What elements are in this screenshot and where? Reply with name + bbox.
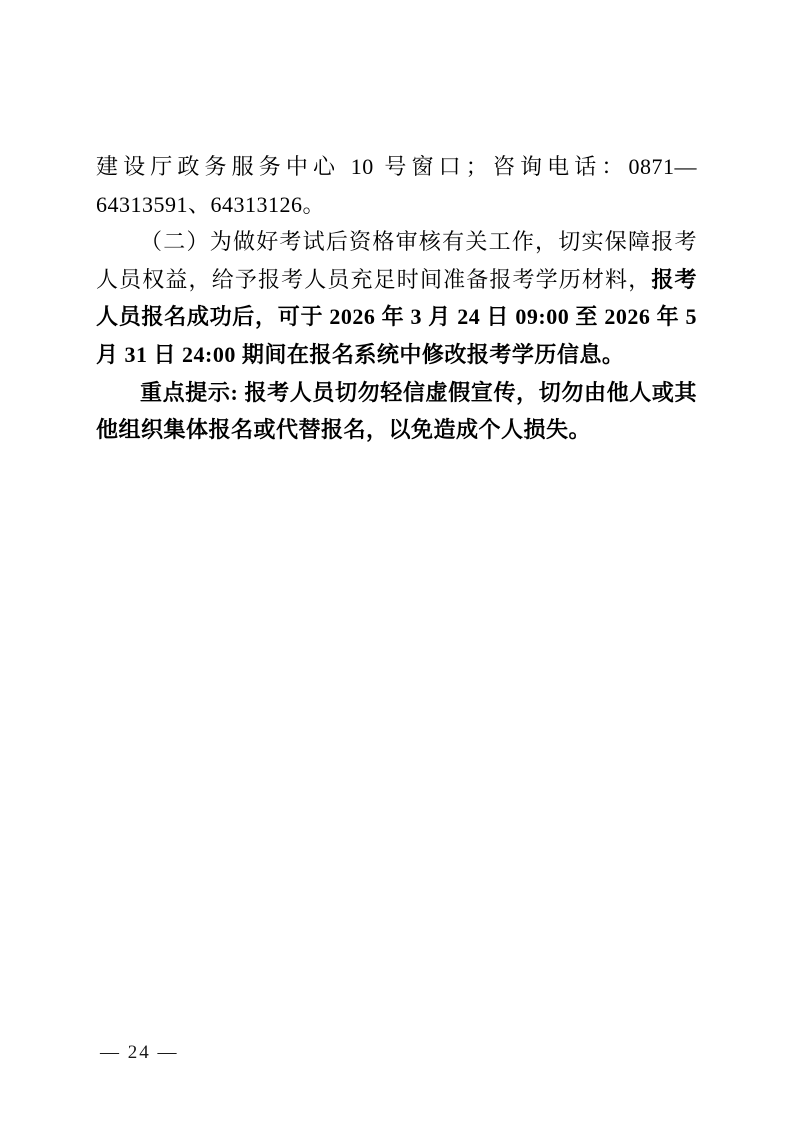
paragraph-key-reminder: 重点提示: 报考人员切勿轻信虚假宣传，切勿由他人或其他组织集体报名或代替报名，以… [96,374,697,449]
document-body: 建设厅政务服务中心 10 号窗口；咨询电话：0871—64313591、6431… [96,148,697,449]
paragraph-item-two: （二）为做好考试后资格审核有关工作，切实保障报考人员权益，给予报考人员充足时间准… [96,223,697,373]
document-page: 建设厅政务服务中心 10 号窗口；咨询电话：0871—64313591、6431… [0,0,794,1123]
paragraph-text-bold: 重点提示: 报考人员切勿轻信虚假宣传，切勿由他人或其他组织集体报名或代替报名，以… [96,380,697,443]
paragraph-contact-info: 建设厅政务服务中心 10 号窗口；咨询电话：0871—64313591、6431… [96,148,697,223]
page-number: — 24 — [100,1042,179,1064]
paragraph-text: （二）为做好考试后资格审核有关工作，切实保障报考人员权益，给予报考人员充足时间准… [96,229,697,292]
paragraph-text: 建设厅政务服务中心 10 号窗口；咨询电话：0871—64313591、6431… [96,154,697,217]
